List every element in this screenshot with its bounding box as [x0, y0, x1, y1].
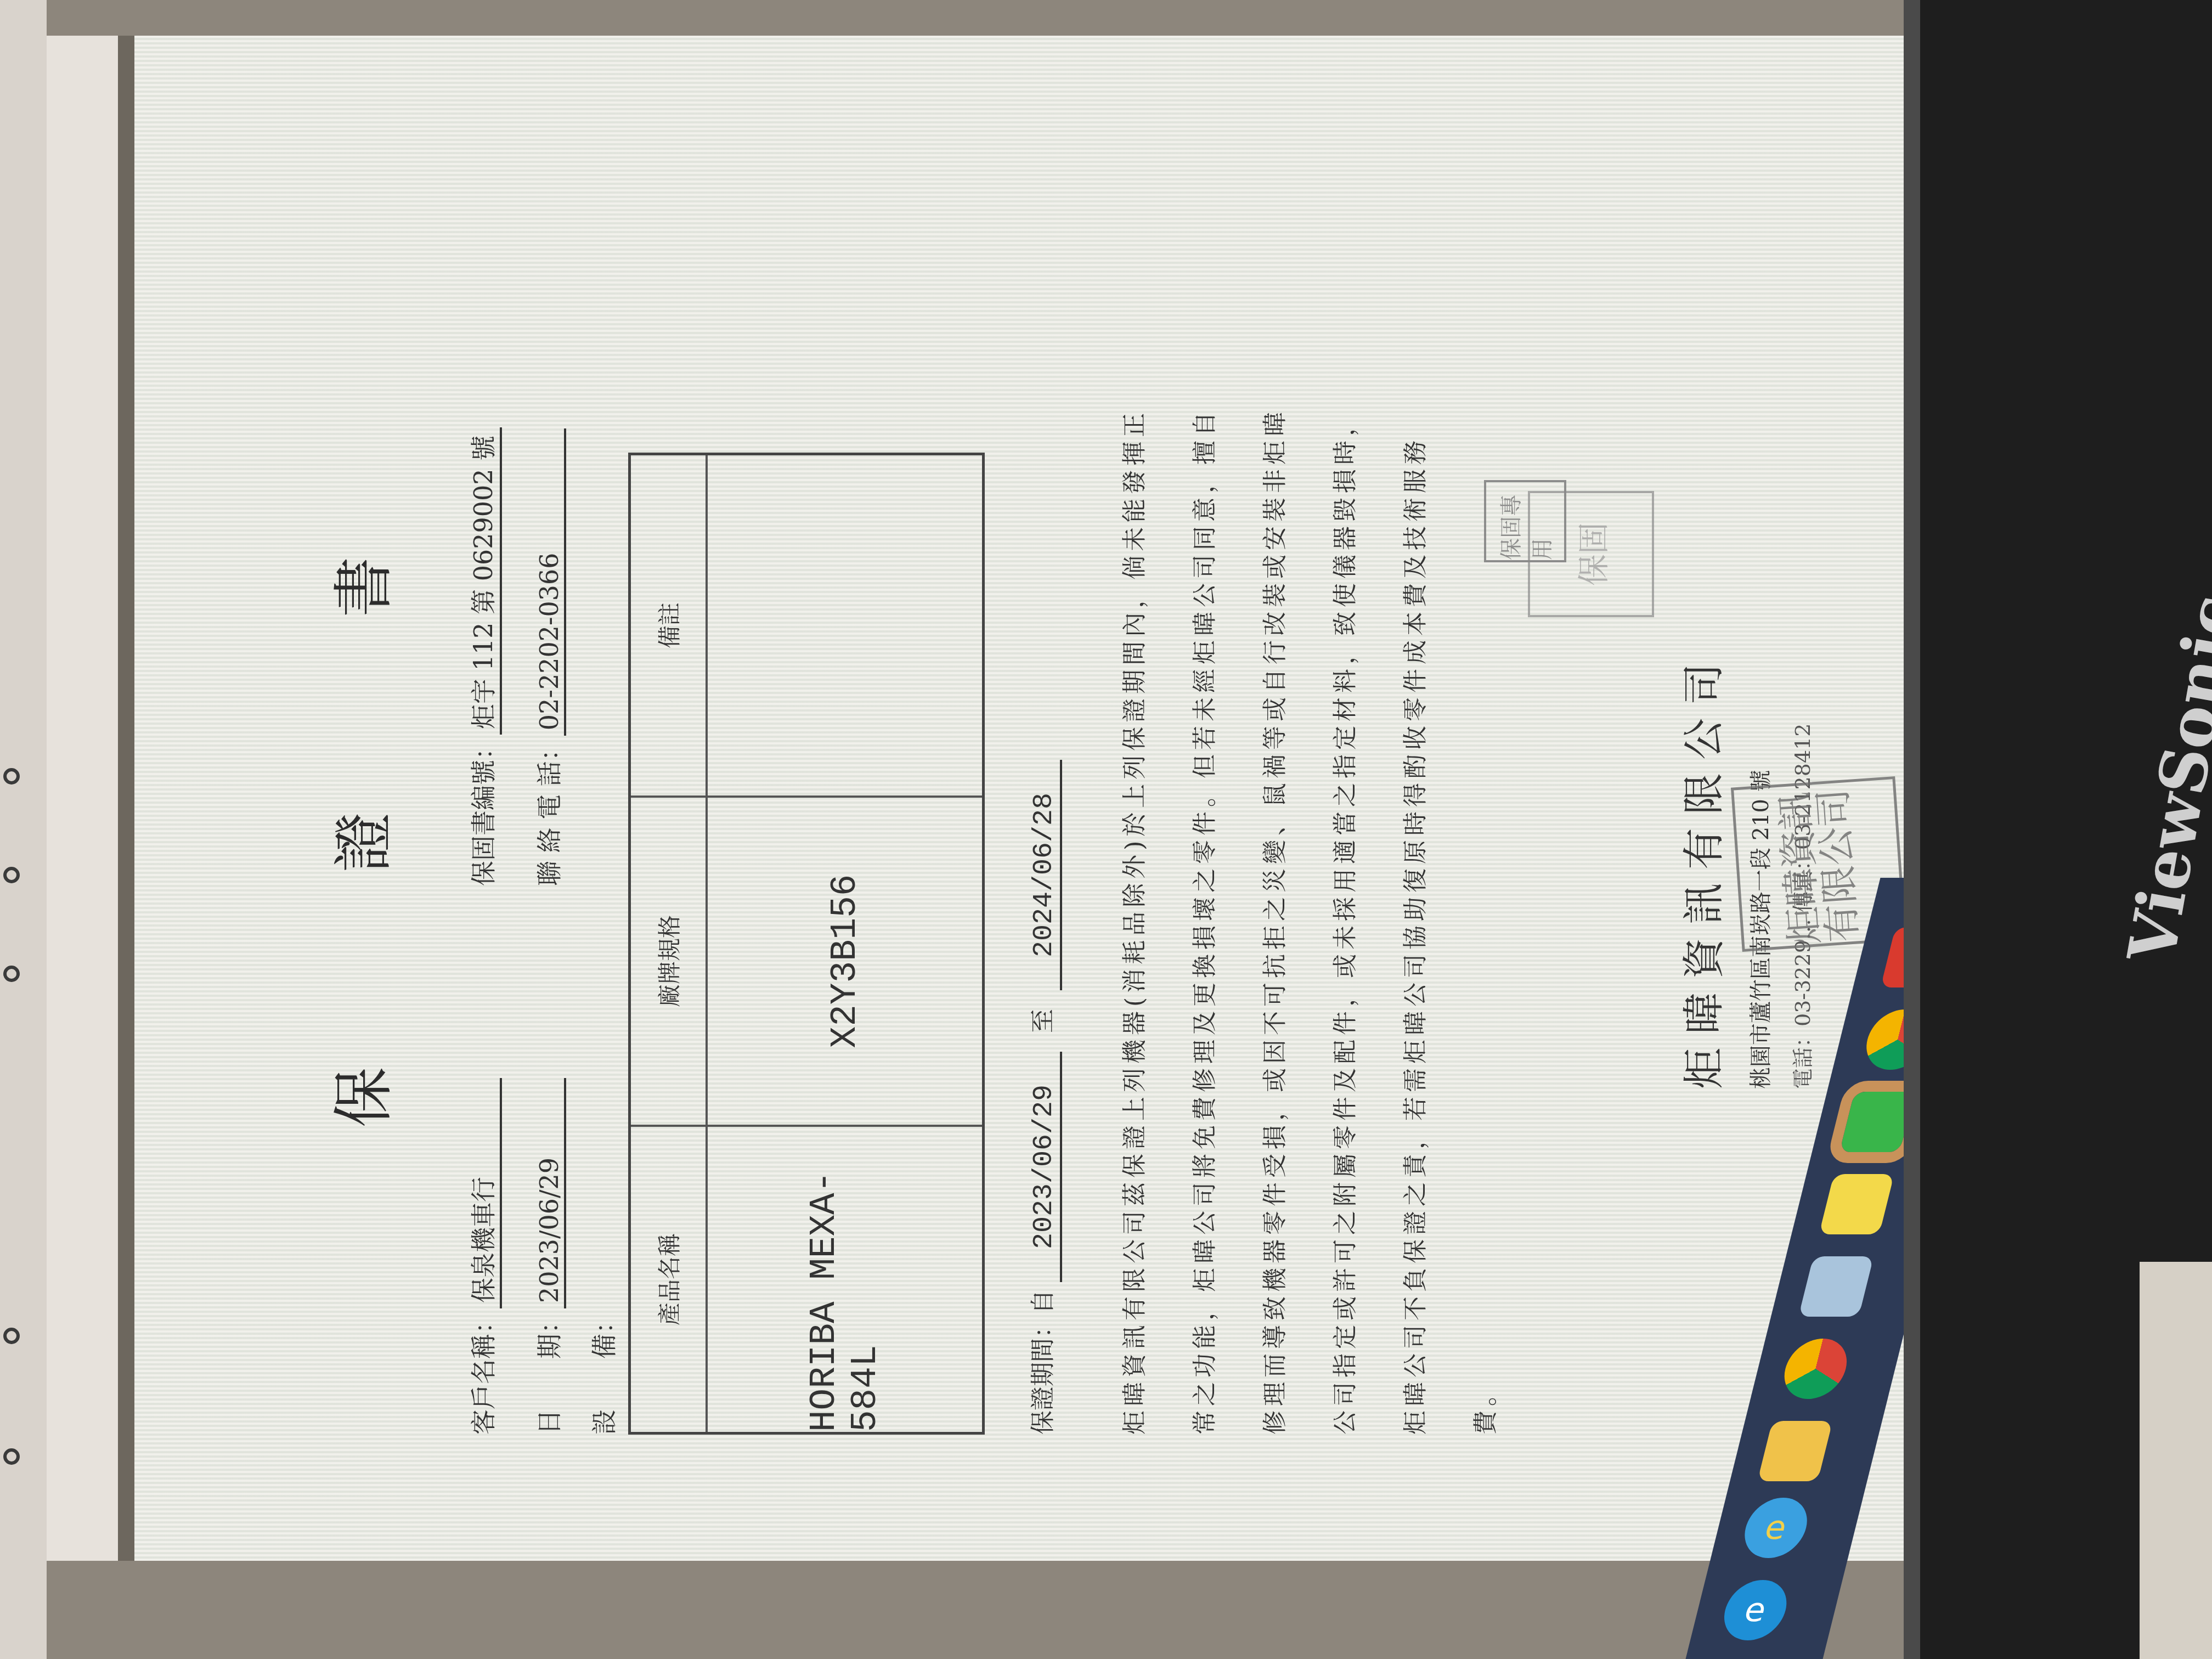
certificate-no-label: 保固書編號： — [469, 735, 498, 886]
edge-icon[interactable]: e — [1718, 1580, 1793, 1640]
calculator-icon[interactable] — [1798, 1256, 1874, 1317]
table-header: 廠牌規格 — [631, 795, 708, 1125]
warranty-period: 保證期間：自 2023/06/29 至 2024/06/28 — [1023, 760, 1062, 1435]
fit-icon[interactable] — [3, 867, 20, 883]
document-title: 保 證 書 — [315, 36, 402, 1561]
period-label: 保證期間：自 — [1029, 1290, 1057, 1435]
pane-divider[interactable] — [118, 36, 134, 1561]
date-field: 日 期：2023/06/29 — [529, 1078, 566, 1435]
phone-label: 聯 絡 電 話： — [534, 736, 564, 886]
table-cell-product: HORIBA MEXA-584L — [708, 1125, 982, 1432]
period-from: 2023/06/29 — [1029, 1052, 1062, 1282]
chrome-icon[interactable] — [1778, 1339, 1853, 1399]
thumbnail-pane[interactable] — [47, 36, 118, 1561]
date-label: 日 期： — [534, 1308, 564, 1435]
table-header: 產品名稱 — [631, 1125, 708, 1432]
equipment-label: 設 備： — [589, 1308, 619, 1435]
customer-value: 保泉機車行 — [464, 1078, 502, 1308]
phone-field: 聯 絡 電 話：02-2202-0366 — [529, 428, 566, 886]
customer-field: 客戶名稱：保泉機車行 — [464, 1078, 502, 1435]
viewer-toolbar — [0, 0, 47, 1659]
product-table: 產品名稱 廠牌規格 備註 HORIBA MEXA-584L X2Y3B156 — [628, 453, 985, 1435]
certificate-no-value: 炬宇 112 第 0629002 號 — [464, 427, 502, 735]
rotate-icon[interactable] — [3, 966, 20, 982]
company-name: 炬暐資訊有限公司 — [1671, 650, 1730, 1089]
file-explorer-icon[interactable] — [1757, 1421, 1832, 1481]
sticky-notes-icon[interactable] — [1819, 1174, 1894, 1234]
period-to-label: 至 — [1029, 1009, 1057, 1033]
table-cell-spec: X2Y3B156 — [708, 795, 982, 1125]
period-to: 2024/06/28 — [1029, 760, 1062, 990]
customer-label: 客戶名稱： — [469, 1308, 498, 1435]
warranty-seal-stamp: 保固 — [1528, 491, 1654, 617]
equipment-field: 設 備： — [584, 1308, 620, 1435]
table-cell-notes — [708, 455, 982, 795]
zoom-out-icon[interactable] — [3, 1328, 20, 1344]
ie-icon[interactable]: e — [1738, 1498, 1813, 1558]
desk-surface — [2140, 1262, 2212, 1659]
warranty-terms: 炬暐資訊有限公司茲保證上列機器(消耗品除外)於上列保證期間內，倘未能發揮正常之功… — [1100, 392, 1521, 1435]
phone-value: 02-2202-0366 — [534, 428, 566, 736]
date-value: 2023/06/29 — [534, 1078, 566, 1308]
print-icon[interactable] — [3, 768, 20, 785]
table-header: 備註 — [631, 455, 708, 795]
zoom-in-icon[interactable] — [3, 1448, 20, 1465]
certificate-no-field: 保固書編號：炬宇 112 第 0629002 號 — [464, 427, 502, 886]
